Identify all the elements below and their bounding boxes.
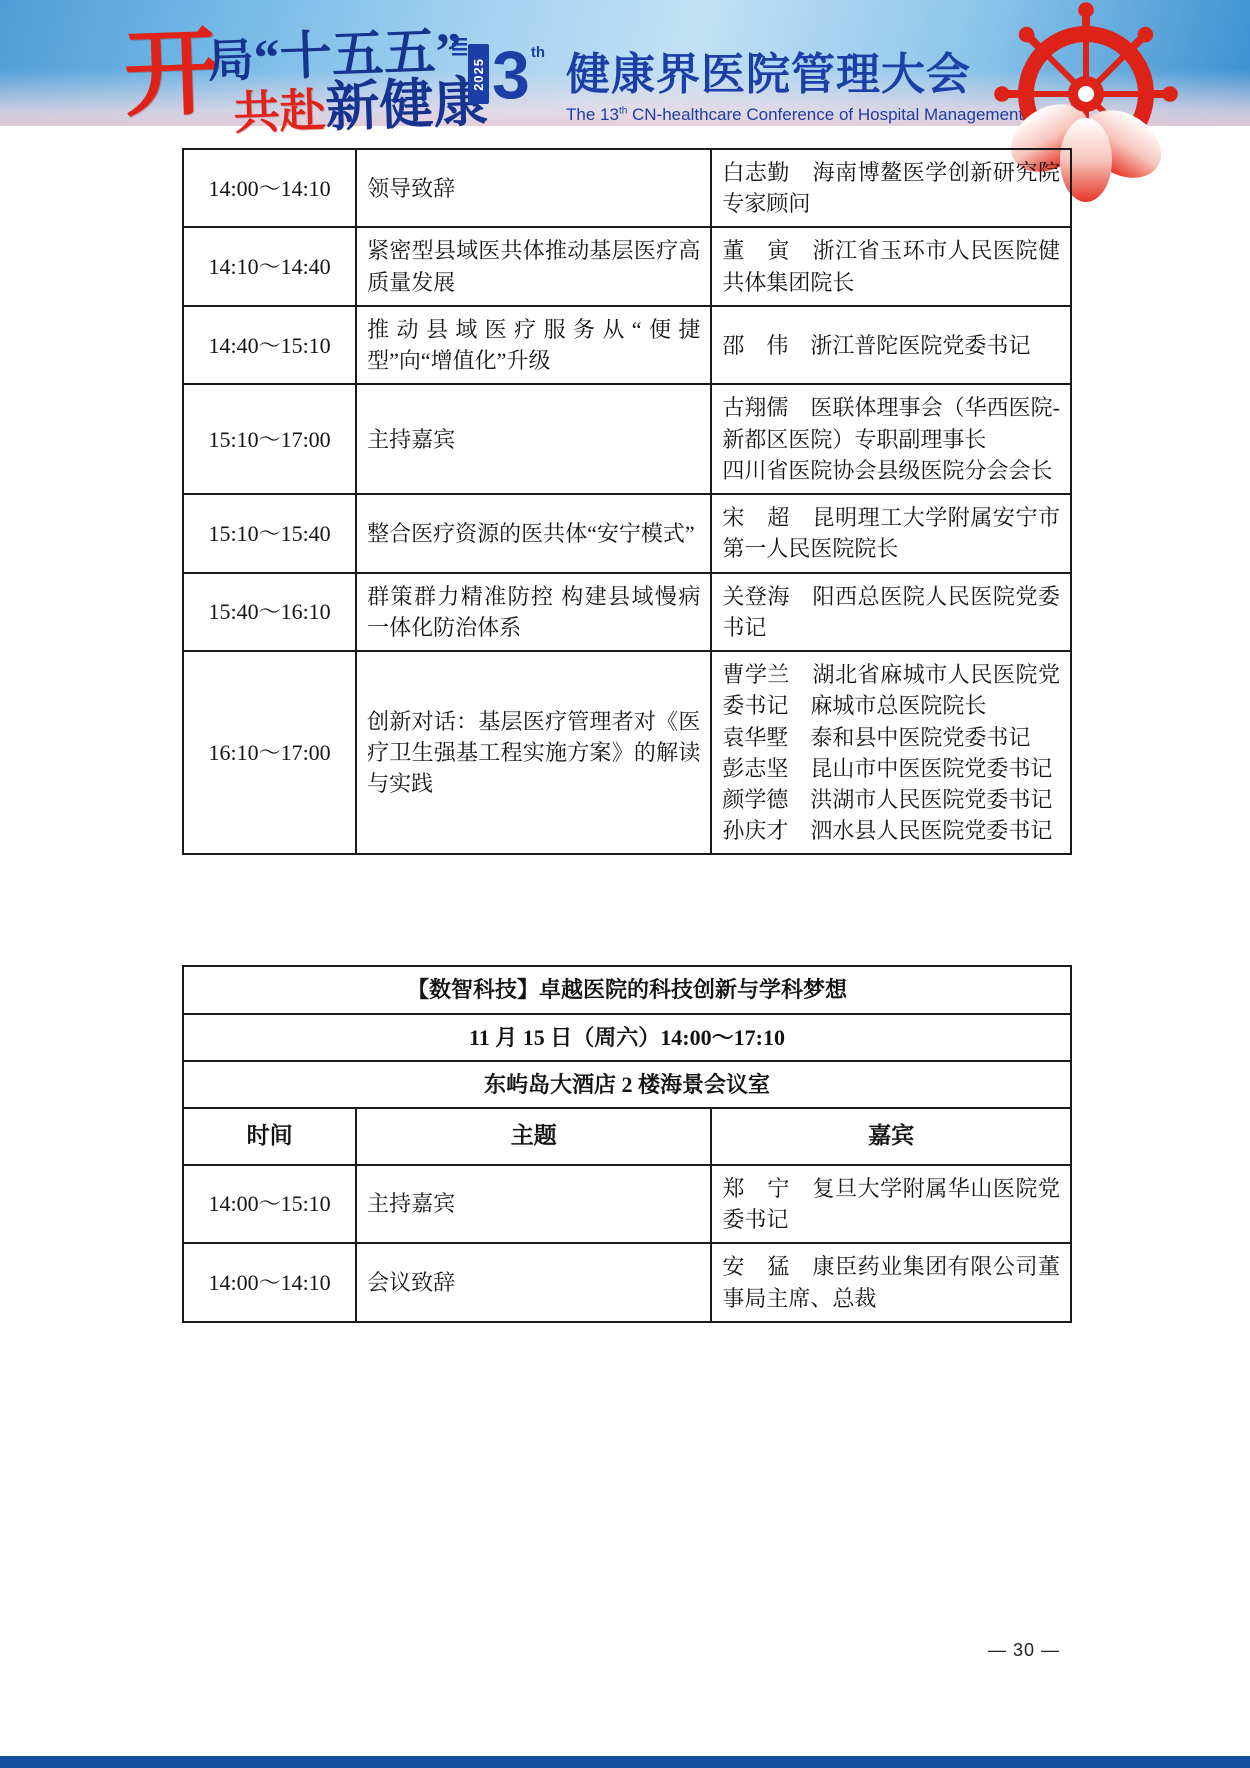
guest-cell: 白志勤 海南博鳌医学创新研究院专家顾问 bbox=[711, 149, 1071, 227]
guest-cell: 古翔儒 医联体理事会（华西医院-新都区医院）专职副理事长 四川省医院协会县级医院… bbox=[711, 384, 1071, 494]
time-cell: 14:40～15:10 bbox=[183, 306, 356, 384]
table-row: 16:10～17:00 创新对话：基层医疗管理者对《医疗卫生强基工程实施方案》的… bbox=[183, 651, 1071, 854]
guest-cell: 安 猛 康臣药业集团有限公司董事局主席、总裁 bbox=[711, 1243, 1071, 1321]
logo-digit-one: 2025 bbox=[468, 44, 489, 104]
conference-subtitle: The 13th CN-healthcare Conference of Hos… bbox=[566, 105, 1023, 125]
table-row: 11 月 15 日（周六）14:00～17:10 bbox=[183, 1014, 1071, 1061]
logo-13th-2025: 2025 3 th bbox=[468, 44, 545, 107]
logo-th-sup: th bbox=[531, 44, 545, 61]
guest-line: 郑 宁 复旦大学附属华山医院党委书记 bbox=[722, 1173, 1060, 1235]
table-row: 14:40～15:10 推动县域医疗服务从“便捷型”向“增值化”升级 邵 伟 浙… bbox=[183, 306, 1071, 384]
logo-digit-three: 3 bbox=[492, 44, 530, 107]
slogan-gongfu: 共赴 bbox=[233, 85, 327, 139]
guest-cell: 董 寅 浙江省玉环市人民医院健共体集团院长 bbox=[711, 227, 1071, 305]
guest-line: 关登海 阳西总医院人民医院党委书记 bbox=[722, 581, 1060, 643]
session-venue: 东屿岛大酒店 2 楼海景会议室 bbox=[183, 1061, 1071, 1108]
column-header-time: 时间 bbox=[183, 1108, 356, 1165]
topic-cell: 主持嘉宾 bbox=[356, 384, 711, 494]
topic-cell: 推动县域医疗服务从“便捷型”向“增值化”升级 bbox=[356, 306, 711, 384]
table-row: 15:40～16:10 群策群力精准防控 构建县域慢病一体化防治体系 关登海 阳… bbox=[183, 573, 1071, 651]
guest-line: 白志勤 海南博鳌医学创新研究院专家顾问 bbox=[722, 157, 1060, 219]
topic-cell: 会议致辞 bbox=[356, 1243, 711, 1321]
table-row: 15:10～15:40 整合医疗资源的医共体“安宁模式” 宋 超 昆明理工大学附… bbox=[183, 494, 1071, 572]
subtitle-prefix: The 13 bbox=[566, 105, 619, 124]
time-cell: 16:10～17:00 bbox=[183, 651, 356, 854]
topic-cell: 紧密型县域医共体推动基层医疗高质量发展 bbox=[356, 227, 711, 305]
time-cell: 14:10～14:40 bbox=[183, 227, 356, 305]
guest-line: 袁华墅 泰和县中医院党委书记 bbox=[722, 722, 1060, 753]
guest-cell: 关登海 阳西总医院人民医院党委书记 bbox=[711, 573, 1071, 651]
session2-agenda-table: 【数智科技】卓越医院的科技创新与学科梦想 11 月 15 日（周六）14:00～… bbox=[182, 965, 1072, 1322]
header-banner: 开 局“十五五” 共赴新健康 2025 3 th 健康界医院管理大会 The 1… bbox=[0, 0, 1250, 126]
guest-line: 孙庆才 泗水县人民医院党委书记 bbox=[722, 815, 1060, 846]
guest-line: 颜学德 洪湖市人民医院党委书记 bbox=[722, 784, 1060, 815]
title-block: 健康界医院管理大会 The 13th CN-healthcare Confere… bbox=[566, 38, 1023, 125]
slogan-xinjiankang: 新健康 bbox=[324, 72, 488, 138]
table-row: 东屿岛大酒店 2 楼海景会议室 bbox=[183, 1061, 1071, 1108]
guest-cell: 宋 超 昆明理工大学附属安宁市第一人民医院院长 bbox=[711, 494, 1071, 572]
time-cell: 14:00～14:10 bbox=[183, 1243, 356, 1321]
guest-line: 邵 伟 浙江普陀医院党委书记 bbox=[722, 330, 1060, 361]
table-row: 【数智科技】卓越医院的科技创新与学科梦想 bbox=[183, 966, 1071, 1013]
topic-cell: 主持嘉宾 bbox=[356, 1165, 711, 1243]
conference-title: 健康界医院管理大会 bbox=[566, 38, 1023, 102]
guest-line: 宋 超 昆明理工大学附属安宁市第一人民医院院长 bbox=[722, 502, 1060, 564]
guest-cell: 郑 宁 复旦大学附属华山医院党委书记 bbox=[711, 1165, 1071, 1243]
topic-cell: 群策群力精准防控 构建县域慢病一体化防治体系 bbox=[356, 573, 711, 651]
guest-line: 彭志坚 昆山市中医医院党委书记 bbox=[722, 753, 1060, 784]
topic-cell: 整合医疗资源的医共体“安宁模式” bbox=[356, 494, 711, 572]
table-row: 14:00～14:10 领导致辞 白志勤 海南博鳌医学创新研究院专家顾问 bbox=[183, 149, 1071, 227]
time-cell: 15:40～16:10 bbox=[183, 573, 356, 651]
guest-line: 曹学兰 湖北省麻城市人民医院党委书记 麻城市总医院院长 bbox=[722, 659, 1060, 721]
column-header-topic: 主题 bbox=[356, 1108, 711, 1165]
guest-line: 四川省医院协会县级医院分会会长 bbox=[722, 455, 1060, 486]
time-cell: 14:00～15:10 bbox=[183, 1165, 356, 1243]
column-header-guest: 嘉宾 bbox=[711, 1108, 1071, 1165]
guest-cell: 邵 伟 浙江普陀医院党委书记 bbox=[711, 306, 1071, 384]
guest-cell: 曹学兰 湖北省麻城市人民医院党委书记 麻城市总医院院长 袁华墅 泰和县中医院党委… bbox=[711, 651, 1071, 854]
topic-cell: 领导致辞 bbox=[356, 149, 711, 227]
session1-agenda-table: 14:00～14:10 领导致辞 白志勤 海南博鳌医学创新研究院专家顾问 14:… bbox=[182, 148, 1072, 855]
table-row: 14:00～14:10 会议致辞 安 猛 康臣药业集团有限公司董事局主席、总裁 bbox=[183, 1243, 1071, 1321]
table-header-row: 时间 主题 嘉宾 bbox=[183, 1108, 1071, 1165]
subtitle-rest: CN-healthcare Conference of Hospital Man… bbox=[627, 105, 1023, 124]
guest-line: 古翔儒 医联体理事会（华西医院-新都区医院）专职副理事长 bbox=[722, 392, 1060, 454]
page-number: — 30 — bbox=[988, 1640, 1060, 1661]
page-content: 14:00～14:10 领导致辞 白志勤 海南博鳌医学创新研究院专家顾问 14:… bbox=[182, 148, 1072, 1323]
guest-line: 董 寅 浙江省玉环市人民医院健共体集团院长 bbox=[722, 235, 1060, 297]
table-row: 14:10～14:40 紧密型县域医共体推动基层医疗高质量发展 董 寅 浙江省玉… bbox=[183, 227, 1071, 305]
time-cell: 15:10～17:00 bbox=[183, 384, 356, 494]
session-datetime: 11 月 15 日（周六）14:00～17:10 bbox=[183, 1014, 1071, 1061]
topic-cell: 创新对话：基层医疗管理者对《医疗卫生强基工程实施方案》的解读与实践 bbox=[356, 651, 711, 854]
logo-year: 2025 bbox=[471, 58, 486, 91]
footer-bar bbox=[0, 1756, 1250, 1768]
time-cell: 14:00～14:10 bbox=[183, 149, 356, 227]
table-row: 14:00～15:10 主持嘉宾 郑 宁 复旦大学附属华山医院党委书记 bbox=[183, 1165, 1071, 1243]
table-row: 15:10～17:00 主持嘉宾 古翔儒 医联体理事会（华西医院-新都区医院）专… bbox=[183, 384, 1071, 494]
slogan-line2: 共赴新健康 bbox=[232, 59, 489, 145]
guest-line: 安 猛 康臣药业集团有限公司董事局主席、总裁 bbox=[722, 1251, 1060, 1313]
time-cell: 15:10～15:40 bbox=[183, 494, 356, 572]
session-title: 【数智科技】卓越医院的科技创新与学科梦想 bbox=[183, 966, 1071, 1013]
